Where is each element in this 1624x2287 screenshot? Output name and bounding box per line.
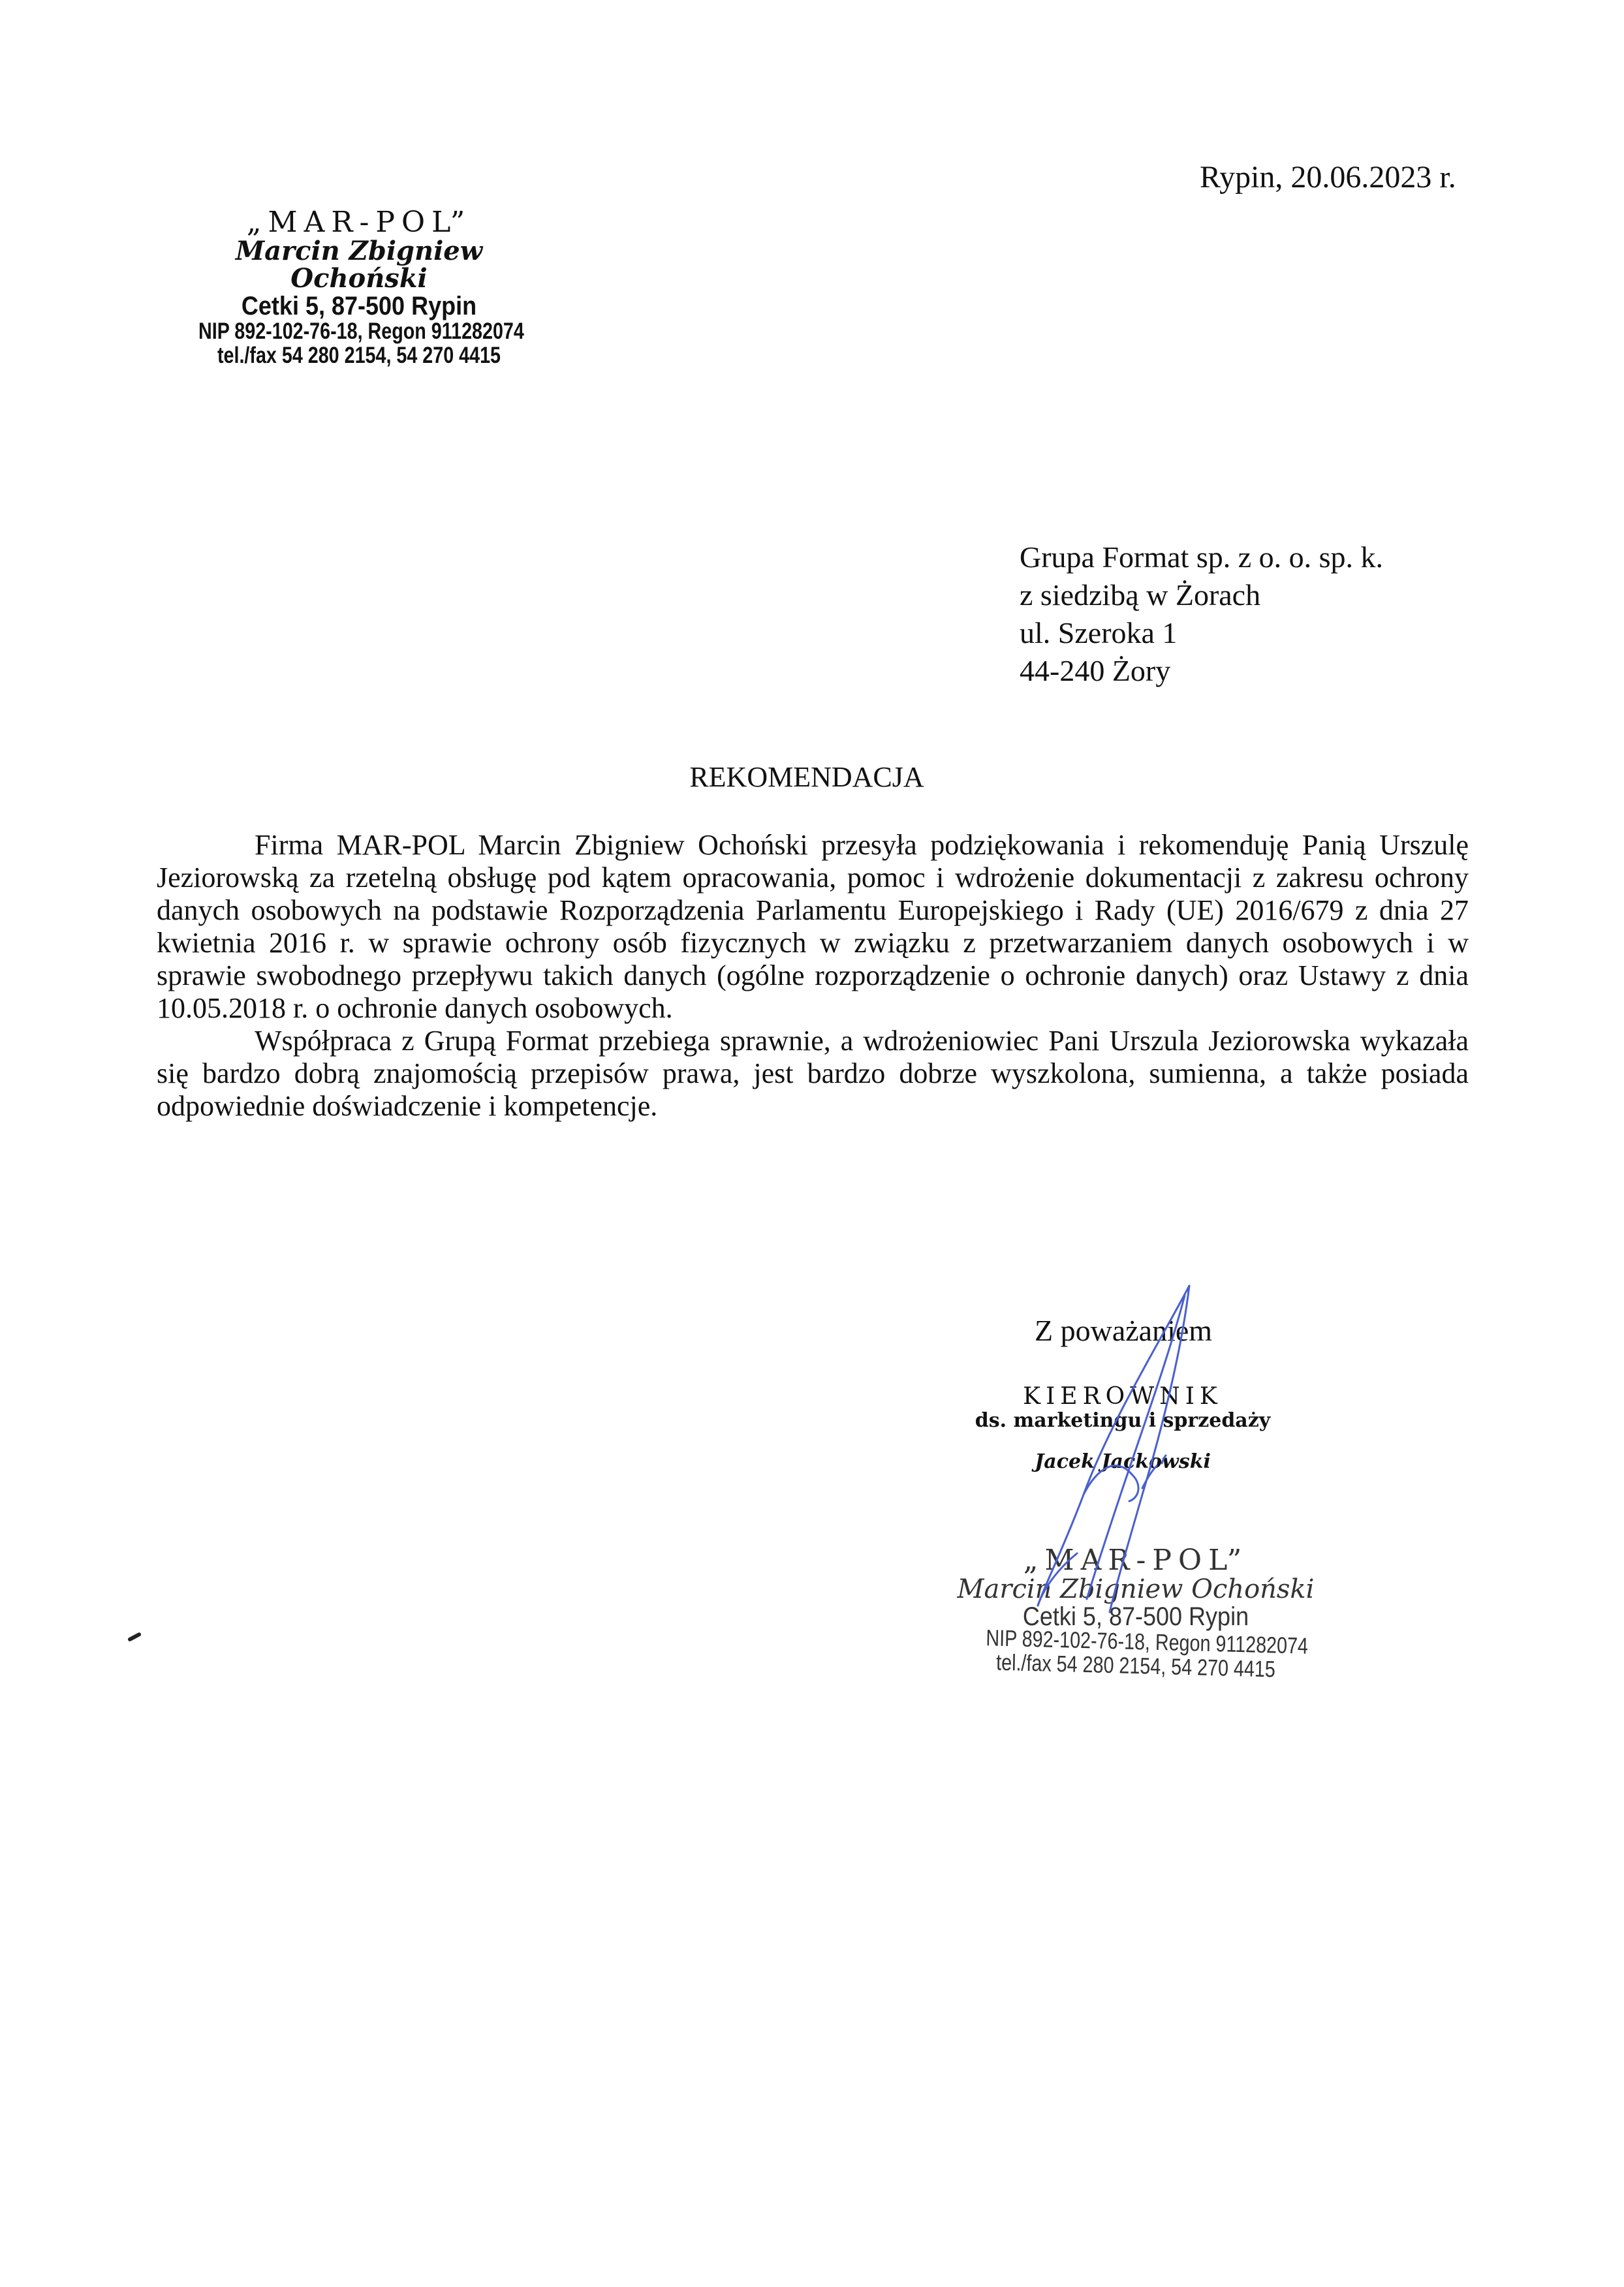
signatory-department: ds. marketingu i sprzedaży [966, 1410, 1279, 1431]
body-paragraph: Firma MAR-POL Marcin Zbigniew Ochoński p… [157, 829, 1469, 1025]
stamp-owner: Marcin Zbigniew Ochoński [163, 238, 555, 292]
stamp-brand: „MAR-POL” [163, 208, 555, 238]
stamp-address: Cetki 5, 87-500 Rypin [183, 292, 535, 320]
signatory-name: Jacek Jackowski [966, 1451, 1279, 1472]
document-title-text: REKOMENDACJA [689, 761, 924, 793]
stamp-owner: Marcin Zbigniew Ochoński [953, 1576, 1319, 1603]
stamp-phones: tel./fax 54 280 2154, 54 270 4415 [198, 344, 520, 368]
signatory-role: KIEROWNIK [966, 1384, 1279, 1410]
stamp-phones: tel./fax 54 280 2154, 54 270 4415 [986, 1651, 1286, 1682]
place-date: Rypin, 20.06.2023 r. [1200, 159, 1456, 195]
letter-body: Firma MAR-POL Marcin Zbigniew Ochoński p… [157, 829, 1469, 1123]
stamp-brand: „MAR-POL” [953, 1546, 1319, 1576]
recipient-line: 44-240 Żory [1020, 652, 1383, 690]
recipient-line: z siedzibą w Żorach [1020, 576, 1383, 614]
closing-salutation: Z poważaniem [1035, 1313, 1212, 1348]
body-paragraph: Współpraca z Grupą Format przebiega spra… [157, 1025, 1469, 1123]
footer-company-stamp: „MAR-POL” Marcin Zbigniew Ochoński Cetki… [953, 1546, 1319, 1679]
recipient-line: ul. Szeroka 1 [1020, 614, 1383, 652]
recipient-line: Grupa Format sp. z o. o. sp. k. [1020, 538, 1383, 576]
stamp-ids: NIP 892-102-76-18, Regon 911282074 [198, 320, 520, 344]
recipient-address: Grupa Format sp. z o. o. sp. k. z siedzi… [1020, 538, 1383, 690]
signatory-stamp: KIEROWNIK ds. marketingu i sprzedaży Jac… [966, 1384, 1279, 1472]
document-title: REKOMENDACJA [0, 760, 1624, 794]
scan-artifact-mark [127, 1632, 142, 1642]
header-company-stamp: „MAR-POL” Marcin Zbigniew Ochoński Cetki… [163, 208, 555, 368]
